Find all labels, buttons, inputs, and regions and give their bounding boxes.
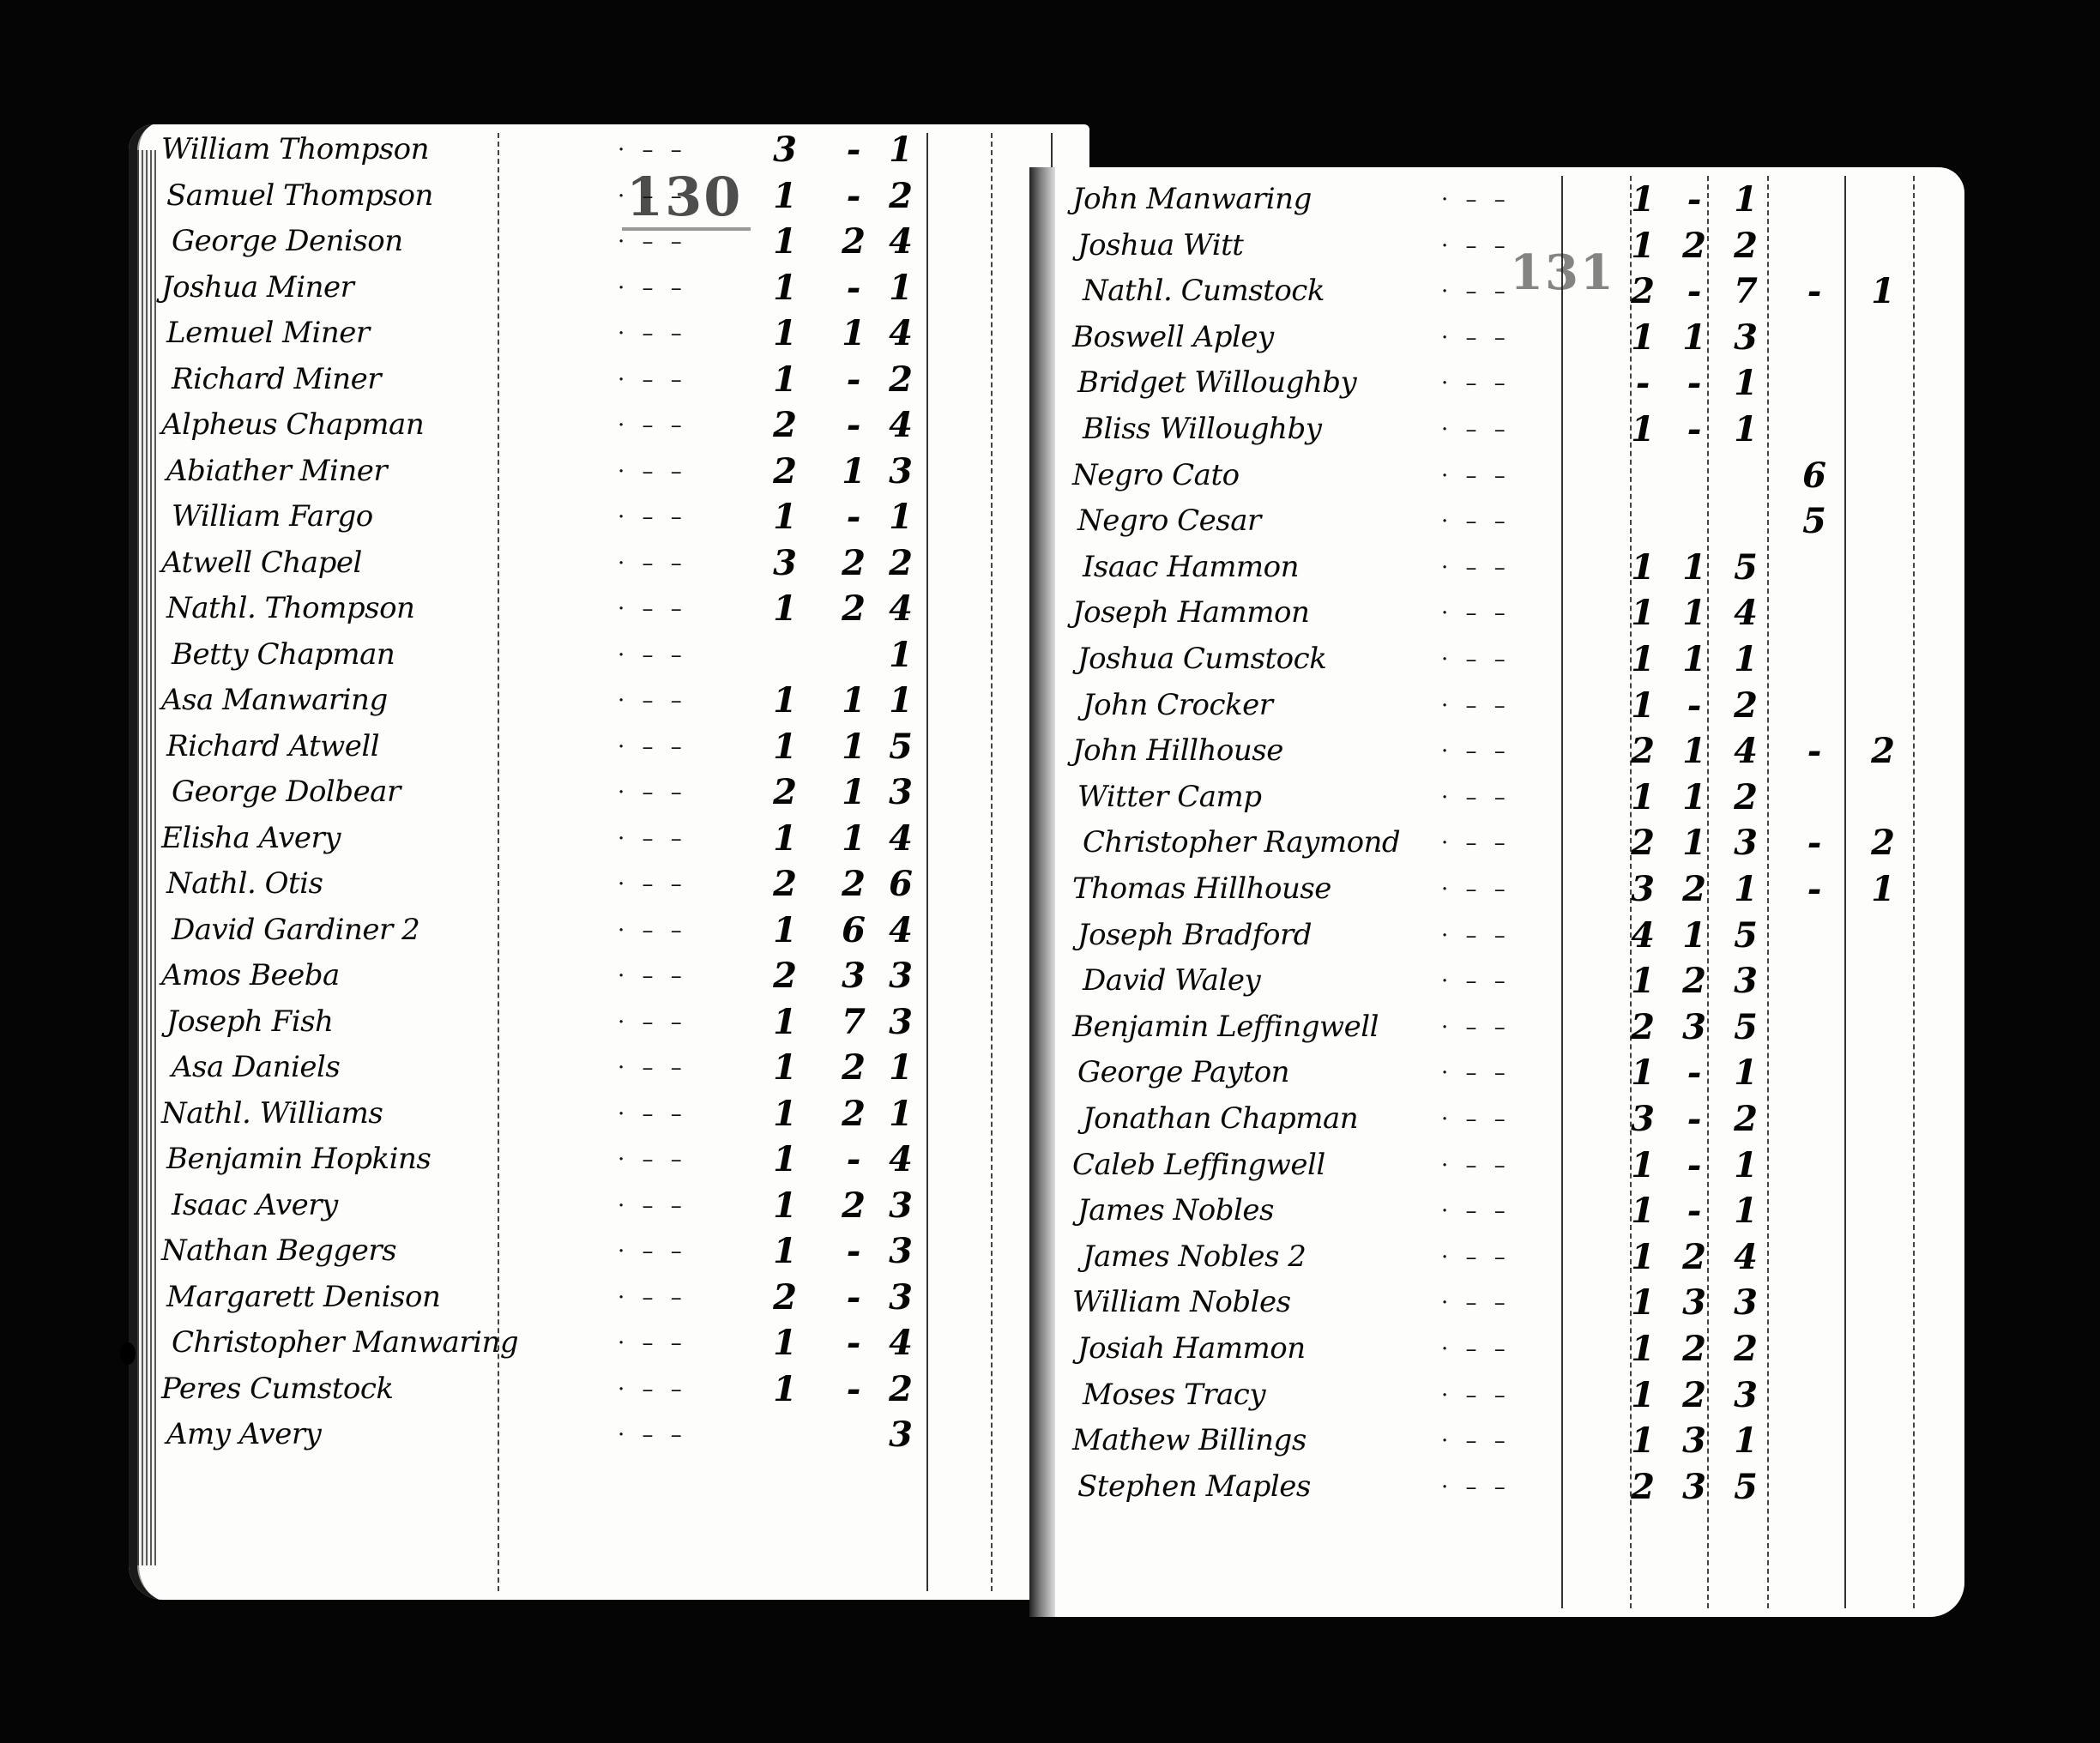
ledger-row: Nathl. Cumstock· – –2-7-1 [1029,266,1964,311]
count-c1: 1 [1621,593,1664,633]
ledger-row: Joseph Fish· – –173 [129,997,1089,1042]
count-c2: 2 [832,221,875,262]
ledger-row: James Nobles 2· – –124 [1029,1232,1964,1277]
leader-dashes: · – – [1441,555,1511,581]
count-c2: 3 [1673,1282,1716,1323]
entry-name: James Nobles [1077,1193,1274,1227]
count-c1: 2 [763,405,806,445]
count-c1: 1 [763,910,806,950]
entry-name: Benjamin Hopkins [166,1142,431,1176]
entry-name: Nathl. Cumstock [1083,274,1325,308]
entry-name: George Denison [172,224,403,258]
leader-dashes: · – – [618,413,687,438]
ledger-row: Samuel Thompson· – –1-2 [129,171,1089,216]
count-c2: 2 [1673,226,1716,266]
ledger-row: George Dolbear· – –213 [129,767,1089,812]
leader-dashes: · – – [1441,1245,1511,1270]
ledger-row: Benjamin Leffingwell· – –235 [1029,1002,1964,1047]
entry-name: Nathl. Thompson [166,591,414,625]
right-page: 131 John Manwaring· – –1-1Joshua Witt· –… [1029,167,1964,1617]
entry-name: Amos Beeba [161,958,340,992]
leader-dashes: · – – [1441,371,1511,396]
count-c2: 2 [832,1094,875,1134]
count-c1: 1 [763,359,806,400]
entry-name: Asa Manwaring [161,683,388,717]
ledger-row: Nathl. Williams· – –121 [129,1089,1089,1134]
count-c2: 1 [1673,639,1716,679]
count-c3: 4 [879,818,922,859]
leader-dashes: · – – [1441,1107,1511,1132]
count-c1: 1 [763,268,806,308]
count-c3: 4 [1724,1237,1767,1277]
count-c3: 4 [1724,731,1767,771]
count-c4: - [1793,731,1836,771]
leader-dashes: · – – [1441,600,1511,626]
count-c3: 5 [1724,1007,1767,1047]
ledger-row: Alpheus Chapman· – –2-4 [129,400,1089,445]
entry-name: Benjamin Leffingwell [1072,1010,1379,1044]
count-c1: 1 [1621,1052,1664,1093]
leader-dashes: · – – [1441,417,1511,443]
count-c2: - [1673,179,1716,220]
entry-name: Joshua Miner [161,270,353,305]
ledger-row: Witter Camp· – –112 [1029,772,1964,817]
ledger-row: William Fargo· – –1-1 [129,492,1089,537]
entry-name: Richard Atwell [166,729,379,763]
entry-name: James Nobles 2 [1083,1239,1306,1274]
ledger-row: Isaac Avery· – –123 [129,1180,1089,1226]
leader-dashes: · – – [618,734,687,760]
count-c1: 1 [763,1323,806,1363]
leader-dashes: · – – [1441,968,1511,994]
count-c2: 2 [832,1185,875,1226]
count-c3: 5 [1724,1467,1767,1507]
ledger-row: Moses Tracy· – –123 [1029,1370,1964,1415]
count-c5: 2 [1862,823,1904,863]
count-c1: 2 [1621,731,1664,771]
count-c1: 1 [763,313,806,353]
entry-name: George Payton [1077,1055,1289,1089]
leader-dashes: · – – [618,137,687,163]
count-c2: - [832,268,875,308]
ledger-row: Joshua Witt· – –122 [1029,220,1964,266]
count-c3: 3 [879,1185,922,1226]
count-c2: - [1673,1191,1716,1231]
entry-name: Mathew Billings [1072,1423,1306,1457]
count-c3: 2 [1724,1329,1767,1369]
count-c3: 1 [1724,1145,1767,1185]
count-c3: 4 [879,588,922,629]
leader-dashes: · – – [1441,463,1511,489]
count-c1: 3 [763,130,806,170]
count-c3: 2 [879,359,922,400]
leader-dashes: · – – [618,1239,687,1264]
count-c3: 3 [879,1414,922,1455]
ledger-row: William Thompson· – –3-1 [129,124,1089,170]
count-c3: 1 [879,635,922,675]
ledger-row: Joshua Cumstock· – –111 [1029,634,1964,679]
entry-name: Isaac Hammon [1083,550,1299,584]
count-c2: 2 [832,1047,875,1088]
entry-name: William Thompson [161,132,429,166]
count-c2: 3 [1673,1420,1716,1461]
count-c3: 1 [879,268,922,308]
count-c4: - [1793,823,1836,863]
leader-dashes: · – – [618,184,687,209]
count-c2: 1 [1673,823,1716,863]
count-c3: 1 [879,1094,922,1134]
count-c1: 1 [1621,317,1664,358]
ledger-row: Joseph Hammon· – –114 [1029,588,1964,633]
count-c1: 1 [1621,961,1664,1001]
entry-name: Joseph Fish [166,1004,333,1039]
count-c3: 1 [1724,639,1767,679]
entry-name: John Hillhouse [1072,733,1283,768]
count-c3: 3 [879,1002,922,1042]
entry-name: Joshua Witt [1077,228,1243,262]
count-c3: 5 [1724,547,1767,588]
count-c1: 2 [1621,1467,1664,1507]
count-c3: 1 [1724,409,1767,449]
count-c1: 1 [1621,226,1664,266]
count-c2: - [1673,271,1716,311]
entry-name: Josiah Hammon [1077,1331,1306,1366]
count-c1: 1 [1621,1420,1664,1461]
leader-dashes: · – – [618,367,687,393]
leader-dashes: · – – [1441,1153,1511,1179]
count-c3: 4 [1724,593,1767,633]
ledger-row: Bridget Willoughby· – –--1 [1029,358,1964,403]
ledger-row: Negro Cesar· – –5 [1029,496,1964,541]
leader-dashes: · – – [1441,1336,1511,1362]
count-c2: - [832,1323,875,1363]
count-c2: 1 [832,680,875,721]
count-c2: - [832,176,875,216]
ledger-row: David Waley· – –123 [1029,956,1964,1001]
count-c1: 1 [1621,1282,1664,1323]
count-c3: 3 [879,1231,922,1271]
entry-name: David Gardiner 2 [172,913,419,947]
entry-name: Margarett Denison [166,1280,440,1314]
count-c2: 2 [832,864,875,904]
count-c3: 1 [1724,1420,1767,1461]
count-c1: 1 [763,727,806,767]
ledger-row: Asa Daniels· – –121 [129,1042,1089,1088]
entry-name: Boswell Apley [1072,320,1274,354]
count-c1: 1 [763,680,806,721]
count-c1: 1 [1621,179,1664,220]
count-c3: 4 [879,1139,922,1179]
ledger-row: Jonathan Chapman· – –3-2 [1029,1094,1964,1139]
count-c1: 4 [1621,915,1664,956]
count-c2: - [1673,685,1716,726]
count-c2: 1 [1673,915,1716,956]
entry-name: David Waley [1083,963,1260,998]
count-c1: 1 [763,497,806,537]
count-c4: 5 [1793,501,1836,541]
ledger-row: Benjamin Hopkins· – –1-4 [129,1134,1089,1179]
count-c3: 2 [1724,685,1767,726]
ledger-row: James Nobles· – –1-1 [1029,1185,1964,1231]
entry-name: Nathan Beggers [161,1233,396,1268]
leader-dashes: · – – [1441,279,1511,305]
entry-name: George Dolbear [172,775,401,809]
count-c1: 3 [1621,1099,1664,1139]
count-c2: 1 [1673,731,1716,771]
count-c2: 7 [832,1002,875,1042]
entry-name: Nathl. Otis [166,866,323,901]
count-c3: 4 [879,405,922,445]
count-c2: 2 [1673,1237,1716,1277]
count-c3: 3 [1724,961,1767,1001]
leader-dashes: · – – [1441,923,1511,949]
count-c3: 3 [1724,317,1767,358]
leader-dashes: · – – [618,642,687,668]
count-c3: 7 [1724,271,1767,311]
count-c2: - [1673,1052,1716,1093]
count-c3: 4 [879,1323,922,1363]
leader-dashes: · – – [1441,187,1511,213]
count-c1: 2 [1621,1007,1664,1047]
count-c3: 3 [879,451,922,492]
count-c2: - [832,130,875,170]
count-c1: 2 [1621,271,1664,311]
count-c1: 1 [763,1002,806,1042]
count-c3: 2 [1724,226,1767,266]
count-c1: 1 [1621,777,1664,817]
count-c3: 3 [1724,823,1767,863]
entry-name: Stephen Maples [1077,1469,1311,1504]
count-c2: - [832,497,875,537]
ledger-row: Christopher Raymond· – –213-2 [1029,817,1964,863]
entry-name: Moses Tracy [1083,1378,1265,1412]
ledger-row: Amos Beeba· – –233 [129,950,1089,996]
leader-dashes: · – – [1441,1290,1511,1316]
entry-name: Abiather Miner [166,454,387,488]
count-c3: 1 [1724,1052,1767,1093]
count-c1: 1 [1621,1329,1664,1369]
entry-name: Joshua Cumstock [1077,642,1326,676]
count-c2: - [832,1277,875,1318]
leader-dashes: · – – [618,1055,687,1081]
count-c1: 1 [763,818,806,859]
entry-name: Amy Avery [166,1417,321,1451]
count-c3: 5 [879,727,922,767]
entry-name: Christopher Raymond [1083,825,1400,859]
ledger-row: Josiah Hammon· – –122 [1029,1324,1964,1369]
count-c3: 1 [879,130,922,170]
leader-dashes: · – – [1441,509,1511,534]
count-c2: - [832,1139,875,1179]
count-c1: - [1621,363,1664,403]
entry-name: Atwell Chapel [161,546,362,580]
entry-name: Elisha Avery [161,821,341,855]
ledger-row: Peres Cumstock· – –1-2 [129,1364,1089,1409]
ledger-row: Nathl. Thompson· – –124 [129,583,1089,629]
count-c2: 2 [832,588,875,629]
leader-dashes: · – – [618,918,687,944]
leader-dashes: · – – [1441,325,1511,351]
ledger-row: Richard Atwell· – –115 [129,721,1089,767]
leader-dashes: · – – [618,275,687,301]
ink-spot [120,1342,136,1365]
count-c1: 1 [1621,639,1664,679]
entry-name: Betty Chapman [172,637,395,672]
leader-dashes: · – – [618,1101,687,1127]
count-c2: - [1673,409,1716,449]
count-c1: 1 [763,588,806,629]
count-c5: 2 [1862,731,1904,771]
entry-name: Isaac Avery [172,1188,338,1222]
count-c3: 2 [879,1369,922,1409]
ledger-row: Negro Cato· – –6 [1029,450,1964,496]
count-c3: 5 [1724,915,1767,956]
leader-dashes: · – – [618,1147,687,1173]
count-c3: 3 [879,772,922,812]
count-c1: 2 [763,772,806,812]
count-c1: 1 [763,1369,806,1409]
count-c1: 2 [763,864,806,904]
leader-dashes: · – – [1441,785,1511,811]
count-c3: 3 [1724,1375,1767,1415]
count-c3: 4 [879,313,922,353]
ledger-row: Bliss Willoughby· – –1-1 [1029,404,1964,449]
leader-dashes: · – – [1441,693,1511,719]
count-c3: 1 [1724,179,1767,220]
entry-name: Lemuel Miner [166,316,370,350]
count-c1: 2 [763,451,806,492]
count-c1: 1 [1621,685,1664,726]
ledger-row: Asa Manwaring· – –111 [129,675,1089,721]
ledger-row: William Nobles· – –133 [1029,1277,1964,1323]
leader-dashes: · – – [618,1285,687,1311]
ledger-row: Isaac Hammon· – –115 [1029,542,1964,588]
leader-dashes: · – – [1441,233,1511,259]
entry-name: Asa Daniels [172,1050,340,1084]
entry-name: Bridget Willoughby [1077,365,1356,400]
count-c3: 1 [879,1047,922,1088]
count-c3: 3 [879,956,922,996]
count-c3: 2 [1724,1099,1767,1139]
count-c1: 1 [1621,409,1664,449]
leader-dashes: · – – [1441,1060,1511,1086]
ledger-row: Richard Miner· – –1-2 [129,354,1089,400]
leader-dashes: · – – [618,963,687,989]
ledger-row: Nathan Beggers· – –1-3 [129,1226,1089,1271]
count-c2: 3 [832,956,875,996]
entry-name: Witter Camp [1077,780,1262,814]
count-c2: - [832,359,875,400]
count-c3: 2 [1724,777,1767,817]
count-c3: 4 [879,221,922,262]
count-c2: 1 [1673,777,1716,817]
count-c1: 3 [1621,869,1664,909]
ledger-row: George Payton· – –1-1 [1029,1047,1964,1093]
count-c2: 2 [1673,1375,1716,1415]
entry-name: John Crocker [1083,688,1272,722]
entry-name: Richard Miner [172,362,381,396]
count-c1: 1 [763,1094,806,1134]
entry-name: Alpheus Chapman [161,407,424,442]
ledger-row: Nathl. Otis· – –226 [129,859,1089,904]
count-c3: 3 [1724,1282,1767,1323]
ledger-row: Lemuel Miner· – –114 [129,308,1089,353]
count-c2: 2 [1673,869,1716,909]
count-c2: 1 [1673,547,1716,588]
count-c1: 1 [1621,1375,1664,1415]
count-c3: 2 [879,543,922,583]
entry-name: William Fargo [172,499,373,534]
count-c3: 6 [879,864,922,904]
count-c2: 1 [832,727,875,767]
leader-dashes: · – – [618,229,687,255]
entry-name: Negro Cato [1072,458,1240,492]
entry-name: John Manwaring [1072,182,1312,216]
ledger-row: Atwell Chapel· – –322 [129,538,1089,583]
ledger-row: Betty Chapman· – –1 [129,630,1089,675]
ledger-row: Amy Avery· – –3 [129,1409,1089,1455]
leader-dashes: · – – [1441,1015,1511,1040]
count-c3: 1 [879,497,922,537]
count-c4: 6 [1793,455,1836,496]
count-c3: 1 [1724,363,1767,403]
count-c1: 1 [1621,1145,1664,1185]
ledger-row: Boswell Apley· – –113 [1029,312,1964,358]
count-c2: 2 [1673,1329,1716,1369]
leader-dashes: · – – [1441,830,1511,856]
count-c2: - [1673,1099,1716,1139]
ledger-row: John Hillhouse· – –214-2 [1029,726,1964,771]
entry-name: Nathl. Williams [161,1096,383,1131]
count-c5: 1 [1862,869,1904,909]
entry-name: Thomas Hillhouse [1072,871,1331,906]
count-c3: 2 [879,176,922,216]
leader-dashes: · – – [618,826,687,852]
count-c1: 1 [763,221,806,262]
count-c2: - [832,405,875,445]
open-ledger-book: 130 William Thompson· – –3-1Samuel Thomp… [129,107,1990,1617]
count-c3: 1 [1724,869,1767,909]
count-c2: 2 [832,543,875,583]
count-c1: 3 [763,543,806,583]
leader-dashes: · – – [618,688,687,714]
ledger-row: Mathew Billings· – –131 [1029,1415,1964,1461]
entry-name: Samuel Thompson [166,178,433,213]
count-c5: 1 [1862,271,1904,311]
count-c2: 1 [832,818,875,859]
ledger-row: Caleb Leffingwell· – –1-1 [1029,1140,1964,1185]
count-c3: 1 [1724,1191,1767,1231]
count-c3: 3 [879,1277,922,1318]
leader-dashes: · – – [1441,647,1511,672]
book-gutter [1029,167,1055,1617]
ledger-row: John Crocker· – –1-2 [1029,680,1964,726]
ledger-row: David Gardiner 2· – –164 [129,905,1089,950]
count-c1: 2 [1621,823,1664,863]
count-c1: 1 [1621,1191,1664,1231]
leader-dashes: · – – [618,596,687,622]
ledger-row: Margarett Denison· – –2-3 [129,1272,1089,1318]
leader-dashes: · – – [618,871,687,897]
leader-dashes: · – – [618,321,687,347]
count-c1: 1 [1621,547,1664,588]
count-c1: 1 [763,1047,806,1088]
count-c2: - [832,1369,875,1409]
leader-dashes: · – – [618,504,687,530]
leader-dashes: · – – [1441,739,1511,764]
count-c2: - [832,1231,875,1271]
count-c1: 1 [1621,1237,1664,1277]
